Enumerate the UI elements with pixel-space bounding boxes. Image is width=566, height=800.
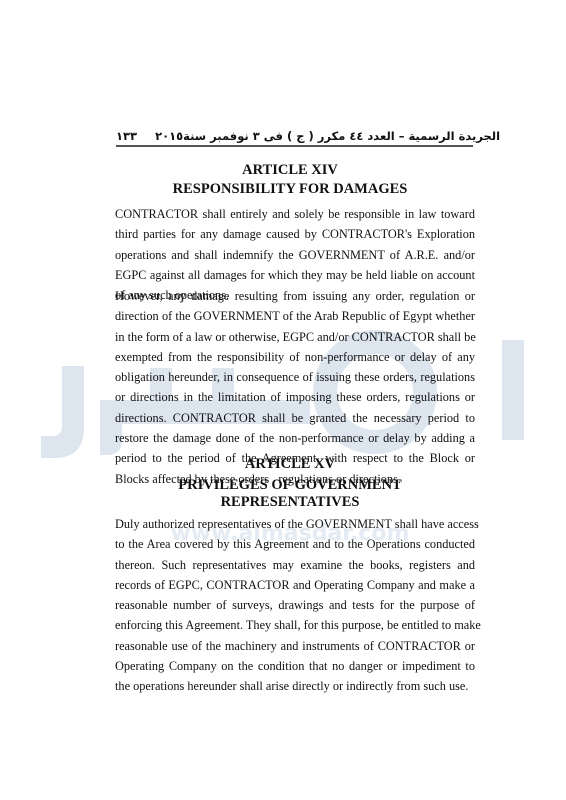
text-line: exempted from the responsibility of non-… xyxy=(115,347,475,367)
running-header: ١٣٣٢٠١٥ الجريدة الرسمية – العدد ٤٤ مكرر … xyxy=(116,127,473,147)
text-line: CONTRACTOR shall entirely and solely be … xyxy=(115,204,475,224)
header-year: ٢٠١٥ xyxy=(155,129,183,143)
text-line: operations and shall indemnify the GOVER… xyxy=(115,245,475,265)
text-line: obligation hereunder, in consequence of … xyxy=(115,367,475,387)
text-line: the operations hereunder shall arise dir… xyxy=(115,676,475,696)
header-publication: الجريدة الرسمية – العدد ٤٤ مكرر ( ج ) فى… xyxy=(183,129,500,145)
text-line: to the Area covered by this Agreement an… xyxy=(115,534,475,554)
text-line: enforcing this Agreement. They shall, fo… xyxy=(115,615,475,635)
article-xv-title: ARTICLE XV xyxy=(100,455,480,474)
text-line: EGPC against all damages for which they … xyxy=(115,265,475,285)
text-line: However, any damage resulting from issui… xyxy=(115,286,475,306)
text-line: restore the damage done of the non-perfo… xyxy=(115,428,475,448)
article-xiv-title: ARTICLE XIV xyxy=(100,161,480,180)
text-line: records of EGPC, CONTRACTOR and Operatin… xyxy=(115,575,475,595)
text-line: Operating Company on the condition that … xyxy=(115,656,475,676)
page-number: ١٣٣ xyxy=(116,129,137,143)
text-line: Duly authorized representatives of the G… xyxy=(115,514,475,534)
text-line: in the form of a law or otherwise, EGPC … xyxy=(115,327,475,347)
text-line: third parties for any damage caused by C… xyxy=(115,224,475,244)
text-line: thereon. Such representatives may examin… xyxy=(115,555,475,575)
text-line: reasonable use of the machinery and inst… xyxy=(115,636,475,656)
article-xv-paragraph-1: Duly authorized representatives of the G… xyxy=(115,514,475,697)
article-xiv-subtitle: RESPONSIBILITY FOR DAMAGES xyxy=(100,180,480,199)
header-page-info: ١٣٣٢٠١٥ xyxy=(116,129,183,145)
text-line: or directions in the limitation of impos… xyxy=(115,387,475,407)
text-line: directions. CONTRACTOR shall be granted … xyxy=(115,408,475,428)
text-line: direction of the GOVERNMENT of the Arab … xyxy=(115,306,475,326)
text-line: reasonable number of surveys, drawings a… xyxy=(115,595,475,615)
document-page: ١٣٣٢٠١٥ الجريدة الرسمية – العدد ٤٤ مكرر … xyxy=(0,0,566,800)
article-xv-subtitle-line-2: REPRESENTATIVES xyxy=(100,493,480,512)
